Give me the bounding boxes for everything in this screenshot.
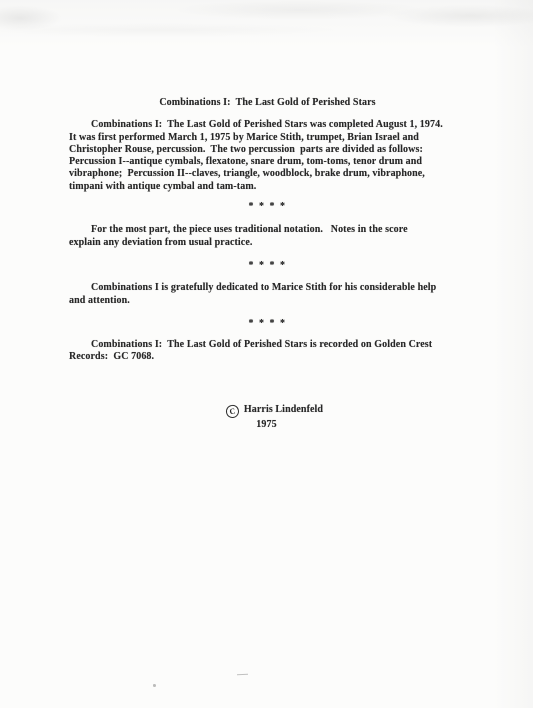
document-content: Combinations I: The Last Gold of Perishe… bbox=[69, 97, 466, 431]
scanned-document-page: Combinations I: The Last Gold of Perishe… bbox=[0, 0, 533, 708]
copyright-year: 1975 bbox=[83, 418, 466, 432]
text-line: Christopher Rouse, percussion. The two p… bbox=[69, 144, 466, 156]
text-line: For the most part, the piece uses tradit… bbox=[69, 224, 466, 236]
paragraph-dedication: Combinations I is gratefully dedicated t… bbox=[69, 282, 466, 307]
asterisk-separator: * * * * bbox=[69, 318, 466, 330]
text-line: Combinations I is gratefully dedicated t… bbox=[69, 282, 466, 294]
text-line: Combinations I: The Last Gold of Perishe… bbox=[69, 339, 466, 351]
text-line: Combinations I: The Last Gold of Perishe… bbox=[69, 119, 466, 131]
text-line: Percussion I--antique cymbals, flexatone… bbox=[69, 156, 466, 168]
paragraph-notation-note: For the most part, the piece uses tradit… bbox=[69, 224, 466, 249]
text-line: timpani with antique cymbal and tam-tam. bbox=[69, 181, 466, 193]
copyright-symbol-icon: C bbox=[225, 404, 240, 419]
text-line: Records: GC 7068. bbox=[69, 351, 466, 363]
scan-artifact-speck bbox=[153, 684, 156, 687]
scan-noise-texture bbox=[0, 0, 533, 48]
scan-artifact-dash bbox=[237, 674, 248, 675]
text-line: and attention. bbox=[69, 295, 466, 307]
paragraph-premiere-info: Combinations I: The Last Gold of Perishe… bbox=[69, 119, 466, 193]
paragraph-recording-info: Combinations I: The Last Gold of Perishe… bbox=[69, 339, 466, 364]
text-line: vibraphone; Percussion II--claves, trian… bbox=[69, 168, 466, 180]
text-line: It was first performed March 1, 1975 by … bbox=[69, 132, 466, 144]
text-line: explain any deviation from usual practic… bbox=[69, 237, 466, 249]
copyright-line: CHarris Lindenfeld bbox=[83, 404, 466, 418]
document-title: Combinations I: The Last Gold of Perishe… bbox=[69, 97, 466, 109]
asterisk-separator: * * * * bbox=[69, 260, 466, 272]
scan-noise-texture bbox=[493, 0, 533, 708]
asterisk-separator: * * * * bbox=[69, 201, 466, 213]
copyright-block: CHarris Lindenfeld 1975 bbox=[69, 404, 466, 432]
copyright-name: Harris Lindenfeld bbox=[244, 404, 323, 415]
